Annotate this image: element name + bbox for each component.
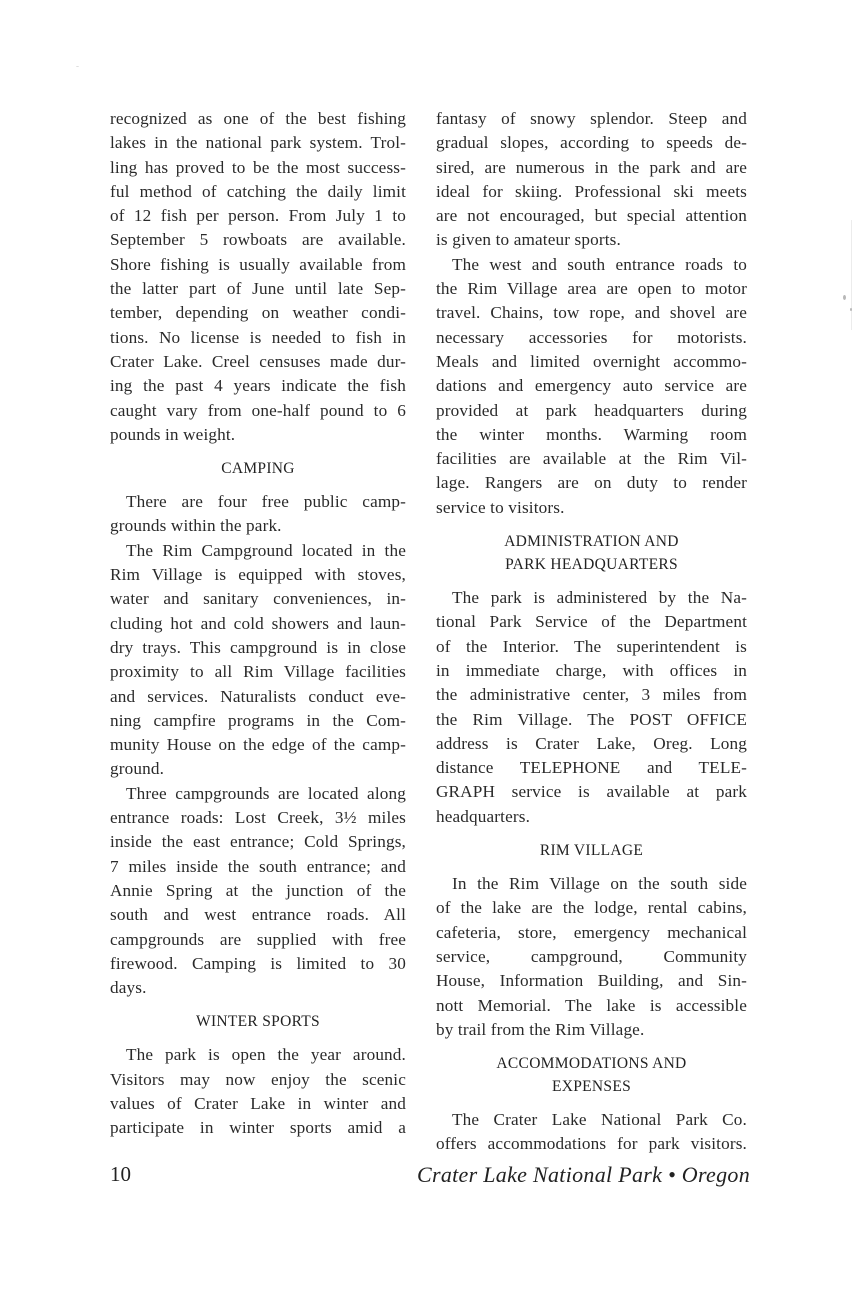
text-line: The park is open the year around.	[110, 1043, 406, 1067]
text-line: are not encouraged, but special attentio…	[436, 204, 747, 228]
text-line: There are four free public camp-	[110, 490, 406, 514]
text-line: necessary accessories for motorists.	[436, 326, 747, 350]
text-line: lage. Rangers are on duty to render	[436, 471, 747, 495]
administration-paragraph-1: The park is administered by the Na- tion…	[436, 586, 747, 829]
text-line: ing the past 4 years indicate the fish	[110, 374, 406, 398]
text-line: The park is administered by the Na-	[436, 586, 747, 610]
text-line: sired, are numerous in the park and are	[436, 156, 747, 180]
text-line: water and sanitary conveniences, in-	[110, 587, 406, 611]
page-footer: 10 Crater Lake National Park • Oregon	[110, 1162, 750, 1192]
scan-edge-mark	[851, 220, 852, 330]
text-line: proximity to all Rim Village facilities	[110, 660, 406, 684]
text-line: tember, depending on weather condi-	[110, 301, 406, 325]
text-line: 7 miles inside the south entrance; and	[110, 855, 406, 879]
right-column: fantasy of snowy splendor. Steep and gra…	[436, 107, 747, 1157]
text-line: participate in winter sports amid a	[110, 1116, 406, 1140]
winter-sports-continued-paragraph-2: The west and south entrance roads to the…	[436, 253, 747, 520]
text-line: the latter part of June until late Sep-	[110, 277, 406, 301]
text-line: travel. Chains, tow rope, and shovel are	[436, 301, 747, 325]
camping-paragraph-1: There are four free public camp- grounds…	[110, 490, 406, 539]
scan-speck	[850, 308, 852, 311]
text-line: service to visitors.	[436, 496, 747, 520]
text-line: Annie Spring at the junction of the	[110, 879, 406, 903]
text-line: the Rim Village. The POST OFFICE	[436, 708, 747, 732]
text-line: munity House on the edge of the camp-	[110, 733, 406, 757]
text-line: Shore fishing is usually available from	[110, 253, 406, 277]
text-line: Visitors may now enjoy the scenic	[110, 1068, 406, 1092]
text-line: ning campfire programs in the Com-	[110, 709, 406, 733]
text-line: is given to amateur sports.	[436, 228, 747, 252]
text-line: ling has proved to be the most success-	[110, 156, 406, 180]
text-line: tions. No license is needed to fish in	[110, 326, 406, 350]
text-line: facilities are available at the Rim Vil-	[436, 447, 747, 471]
text-line: inside the east entrance; Cold Springs,	[110, 830, 406, 854]
text-line: of the lake are the lodge, rental cabins…	[436, 896, 747, 920]
text-line: Crater Lake. Creel censuses made dur-	[110, 350, 406, 374]
text-line: in immediate charge, with offices in	[436, 659, 747, 683]
text-line: the winter months. Warming room	[436, 423, 747, 447]
section-heading-accommodations-line-2: EXPENSES	[436, 1075, 747, 1098]
text-line: In the Rim Village on the south side	[436, 872, 747, 896]
text-line: ground.	[110, 757, 406, 781]
text-line: distance TELEPHONE and TELE-	[436, 756, 747, 780]
document-page: recognized as one of the best fishing la…	[0, 0, 860, 1296]
text-line: September 5 rowboats are available.	[110, 228, 406, 252]
section-heading-winter-sports: WINTER SPORTS	[110, 1010, 406, 1033]
text-line: the Rim Village area are open to motor	[436, 277, 747, 301]
text-line: tional Park Service of the Department	[436, 610, 747, 634]
text-line: caught vary from one-half pound to 6	[110, 399, 406, 423]
rim-village-paragraph-1: In the Rim Village on the south side of …	[436, 872, 747, 1042]
camping-paragraph-2: The Rim Campground located in the Rim Vi…	[110, 539, 406, 782]
text-line: The west and south entrance roads to	[436, 253, 747, 277]
section-heading-administration-line-1: ADMINISTRATION AND	[436, 530, 747, 553]
winter-sports-paragraph-1: The park is open the year around. Visito…	[110, 1043, 406, 1140]
section-heading-accommodations-line-1: ACCOMMODATIONS AND	[436, 1052, 747, 1075]
section-heading-camping: CAMPING	[110, 457, 406, 480]
text-line: Three campgrounds are located along	[110, 782, 406, 806]
section-heading-rim-village: RIM VILLAGE	[436, 839, 747, 862]
text-line: of 12 fish per person. From July 1 to	[110, 204, 406, 228]
text-line: firewood. Camping is limited to 30	[110, 952, 406, 976]
winter-sports-continued-paragraph-1: fantasy of snowy splendor. Steep and gra…	[436, 107, 747, 253]
text-line: Rim Village is equipped with stoves,	[110, 563, 406, 587]
scan-speck	[76, 66, 79, 67]
text-line: provided at park headquarters during	[436, 399, 747, 423]
text-line: address is Crater Lake, Oreg. Long	[436, 732, 747, 756]
page-number: 10	[110, 1162, 131, 1187]
camping-paragraph-3: Three campgrounds are located along entr…	[110, 782, 406, 1001]
text-line: entrance roads: Lost Creek, 3½ miles	[110, 806, 406, 830]
text-line: south and west entrance roads. All	[110, 903, 406, 927]
text-line: campgrounds are supplied with free	[110, 928, 406, 952]
text-line: days.	[110, 976, 406, 1000]
text-line: nott Memorial. The lake is accessible	[436, 994, 747, 1018]
text-line: offers accommodations for park visitors.	[436, 1132, 747, 1156]
text-line: gradual slopes, according to speeds de-	[436, 131, 747, 155]
scan-speck	[843, 295, 846, 300]
text-line: grounds within the park.	[110, 514, 406, 538]
text-line: values of Crater Lake in winter and	[110, 1092, 406, 1116]
text-line: headquarters.	[436, 805, 747, 829]
running-title: Crater Lake National Park • Oregon	[417, 1162, 750, 1188]
text-line: The Crater Lake National Park Co.	[436, 1108, 747, 1132]
text-line: ideal for skiing. Professional ski meets	[436, 180, 747, 204]
text-line: recognized as one of the best fishing	[110, 107, 406, 131]
text-line: GRAPH service is available at park	[436, 780, 747, 804]
section-heading-administration-line-2: PARK HEADQUARTERS	[436, 553, 747, 576]
text-line: fantasy of snowy splendor. Steep and	[436, 107, 747, 131]
fishing-paragraph: recognized as one of the best fishing la…	[110, 107, 406, 447]
text-line: dations and emergency auto service are	[436, 374, 747, 398]
text-line: The Rim Campground located in the	[110, 539, 406, 563]
text-line: service, campground, Community	[436, 945, 747, 969]
text-line: ful method of catching the daily limit	[110, 180, 406, 204]
text-line: by trail from the Rim Village.	[436, 1018, 747, 1042]
left-column: recognized as one of the best fishing la…	[110, 107, 406, 1141]
text-line: of the Interior. The superintendent is	[436, 635, 747, 659]
text-line: cluding hot and cold showers and laun-	[110, 612, 406, 636]
text-line: the administrative center, 3 miles from	[436, 683, 747, 707]
text-line: dry trays. This campground is in close	[110, 636, 406, 660]
text-line: cafeteria, store, emergency mechanical	[436, 921, 747, 945]
text-line: pounds in weight.	[110, 423, 406, 447]
text-line: and services. Naturalists conduct eve-	[110, 685, 406, 709]
text-line: lakes in the national park system. Trol-	[110, 131, 406, 155]
accommodations-paragraph-1: The Crater Lake National Park Co. offers…	[436, 1108, 747, 1157]
text-line: House, Information Building, and Sin-	[436, 969, 747, 993]
text-line: Meals and limited overnight accommo-	[436, 350, 747, 374]
